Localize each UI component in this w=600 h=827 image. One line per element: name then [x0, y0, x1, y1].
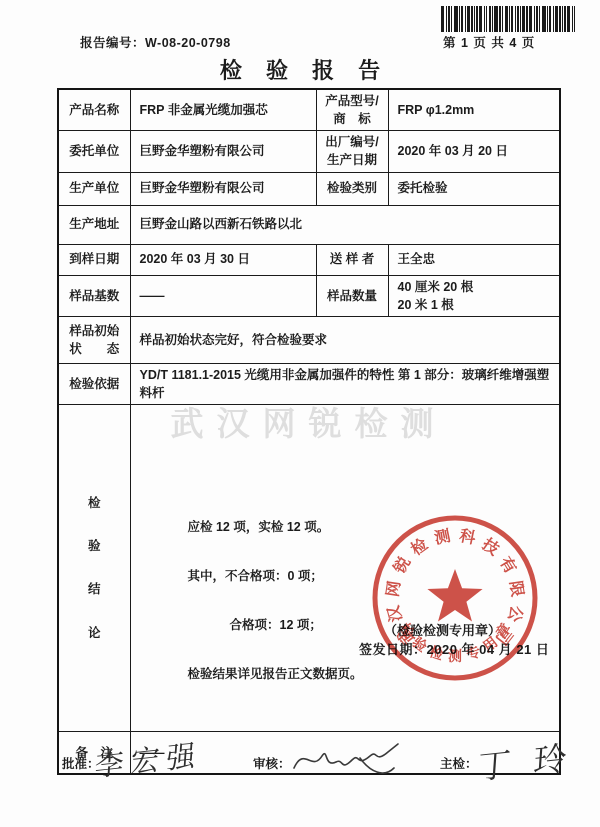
field-value: 2020 年 03 月 20 日	[388, 131, 560, 172]
field-value: 巨野金华塑粉有限公司	[130, 172, 316, 205]
table-row: 生产单位 巨野金华塑粉有限公司 检验类别 委托检验	[58, 172, 560, 205]
table-row: 样品基数 —— 样品数量 40 厘米 20 根 20 米 1 根	[58, 275, 560, 316]
field-value: 王全忠	[388, 244, 560, 275]
svg-text:专: 专	[464, 643, 482, 663]
chief-signature: 丁 玲	[476, 732, 575, 790]
svg-text:限: 限	[506, 579, 527, 598]
svg-text:技: 技	[478, 535, 502, 559]
svg-text:公: 公	[504, 604, 526, 625]
field-value: 样品初始状态完好，符合检验要求	[130, 316, 560, 363]
seal-stamp-svg: 武汉网锐检测科技有限公司检验检测专用章	[369, 512, 541, 684]
field-label: 检验依据	[58, 363, 130, 404]
svg-text:检: 检	[427, 643, 446, 663]
company-watermark: 武汉网锐检测	[171, 400, 447, 448]
conclusion-label-char: 检	[88, 494, 101, 512]
report-title: 检 验 报 告	[0, 54, 600, 85]
chief-label: 主检：	[440, 754, 478, 772]
field-label: 出厂编号/ 生产日期	[316, 131, 388, 172]
page-number: 第 1 页 共 4 页	[443, 33, 535, 51]
svg-text:测: 测	[448, 648, 462, 664]
field-value: 巨野金山路以西新石铁路以北	[130, 205, 560, 244]
field-value: 2020 年 03 月 30 日	[130, 244, 316, 275]
table-row: 产品名称 FRP 非金属光缆加强芯 产品型号/ 商 标 FRP φ1.2mm	[58, 89, 560, 131]
field-value: FRP φ1.2mm	[388, 89, 560, 131]
table-row: 检验依据 YD/T 1181.1-2015 光缆用非金属加强件的特性 第 1 部…	[58, 363, 560, 404]
conclusion-label-char: 论	[88, 624, 101, 642]
table-row: 委托单位 巨野金华塑粉有限公司 出厂编号/ 生产日期 2020 年 03 月 2…	[58, 131, 560, 172]
field-label: 委托单位	[58, 131, 130, 172]
signature-footer: 批准： 李宏强 审核： 主检： 丁 玲	[0, 742, 600, 812]
field-label: 送 样 者	[316, 244, 388, 275]
conclusion-label-char: 结	[88, 580, 101, 598]
svg-text:测: 测	[433, 527, 452, 548]
field-label: 生产单位	[58, 172, 130, 205]
field-value: 委托检验	[388, 172, 560, 205]
svg-text:网: 网	[384, 580, 404, 599]
table-row: 到样日期 2020 年 03 月 30 日 送 样 者 王全忠	[58, 244, 560, 275]
svg-text:科: 科	[458, 526, 478, 548]
field-value: FRP 非金属光缆加强芯	[130, 89, 316, 131]
field-value: ——	[130, 275, 316, 316]
report-page: 报告编号：W-08-20-0798 第 1 页 共 4 页 检 验 报 告 产品…	[0, 0, 600, 827]
field-value: YD/T 1181.1-2015 光缆用非金属加强件的特性 第 1 部分：玻璃纤…	[130, 363, 560, 404]
field-label: 产品型号/ 商 标	[316, 89, 388, 131]
svg-text:有: 有	[496, 553, 521, 577]
conclusion-label: 检 验 结 论	[58, 405, 130, 732]
field-label: 生产地址	[58, 205, 130, 244]
report-number: 报告编号：W-08-20-0798	[80, 33, 231, 51]
svg-text:汉: 汉	[384, 603, 406, 624]
svg-text:锐: 锐	[390, 553, 415, 577]
field-label: 检验类别	[316, 172, 388, 205]
reviewer-label: 审核：	[253, 754, 291, 772]
table-row: 生产地址 巨野金山路以西新石铁路以北	[58, 205, 560, 244]
field-value: 巨野金华塑粉有限公司	[130, 131, 316, 172]
field-value: 40 厘米 20 根 20 米 1 根	[388, 275, 560, 316]
field-label: 样品数量	[316, 275, 388, 316]
field-label: 样品基数	[58, 275, 130, 316]
field-label: 到样日期	[58, 244, 130, 275]
star-icon	[427, 569, 482, 622]
barcode	[441, 6, 575, 32]
field-label: 产品名称	[58, 89, 130, 131]
svg-text:检: 检	[408, 535, 432, 559]
field-label: 样品初始 状 态	[58, 316, 130, 363]
reviewer-signature	[290, 738, 405, 788]
table-row: 样品初始 状 态 样品初始状态完好，符合检验要求	[58, 316, 560, 363]
seal-stamp: 武汉网锐检测科技有限公司检验检测专用章	[369, 512, 541, 684]
conclusion-label-char: 验	[88, 537, 101, 555]
